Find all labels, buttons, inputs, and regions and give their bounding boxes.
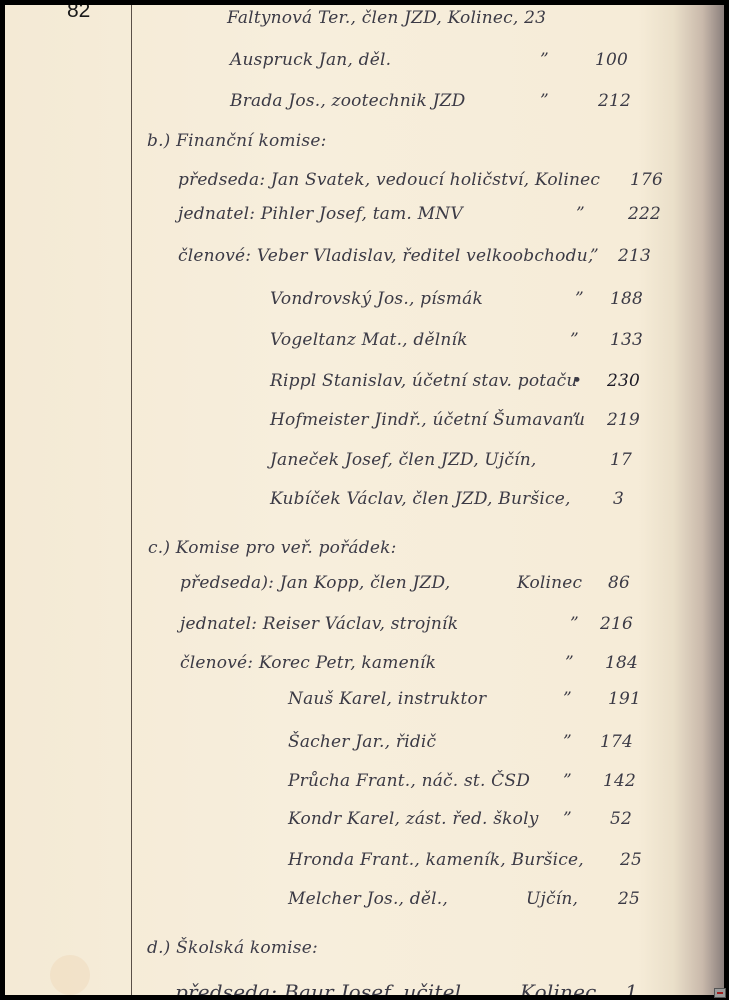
entry-role: předseda:: [175, 980, 277, 995]
entry-ditto: •: [572, 371, 582, 391]
entry-row: jednatel: Reiser Václav, strojník ” 216: [180, 614, 670, 634]
entry-ditto: ”: [576, 204, 585, 224]
entry-name: Rippl Stanislav, účetní stav. potaču: [270, 371, 578, 391]
entry-ditto: ”: [572, 410, 581, 430]
entry-number: 25: [620, 850, 642, 870]
entry-number: 100: [595, 50, 628, 70]
entry-name: Melcher Jos., děl.,: [288, 889, 448, 909]
entry-name: Faltynová Ter., člen JZD: [227, 8, 436, 28]
entry-ditto: ”: [563, 809, 572, 829]
entry-row: předseda: Jan Svatek, vedoucí holičství,…: [178, 170, 668, 190]
entry-name: Šacher Jar., řidič: [288, 732, 436, 752]
entry-number: 188: [610, 289, 643, 309]
entry-number: 86: [608, 573, 630, 593]
entry-name: Veber Vladislav, ředitel velkoobchodu,: [257, 246, 594, 266]
page-number: 82: [67, 5, 90, 23]
entry-name: Kondr Karel, zást. řed. školy: [288, 809, 539, 829]
entry-row: Průcha Frant., náč. st. ČSD ” 142: [288, 771, 668, 791]
entry-number: 184: [605, 653, 638, 673]
entry-name: Reiser Václav, strojník: [263, 614, 458, 634]
entry-row: Kondr Karel, zást. řed. školy ” 52: [288, 809, 668, 829]
entry-row: Šacher Jar., řidič ” 174: [288, 732, 668, 752]
entry-ditto: ”: [563, 689, 572, 709]
entry-name: Hofmeister Jindř., účetní Šumavanu: [270, 410, 585, 430]
entry-role: jednatel:: [178, 204, 255, 224]
entry-ditto: ”: [563, 732, 572, 752]
entry-role: předseda):: [180, 573, 274, 593]
entry-number: 219: [607, 410, 640, 430]
entry-number: , 23: [513, 8, 546, 28]
entry-number: 17: [610, 450, 632, 470]
entry-ditto: ”: [570, 330, 579, 350]
entry-row: Hronda Frant., kameník, Buršice, 25: [288, 850, 668, 870]
entry-ditto: ”: [540, 50, 549, 70]
entry-row: členové: Korec Petr, kameník ” 184: [180, 653, 670, 673]
entry-name: Pihler Josef, tam. MNV: [261, 204, 463, 224]
entry-row: Melcher Jos., děl., Ujčín, 25: [288, 889, 668, 909]
entry-number: 174: [600, 732, 633, 752]
entry-ditto: ”: [540, 91, 549, 111]
section-c-heading: c.) Komise pro veř. pořádek:: [148, 538, 397, 558]
entry-row: Vogeltanz Mat., dělník ” 133: [270, 330, 670, 350]
entry-row: Hofmeister Jindř., účetní Šumavanu ” 219: [270, 410, 670, 430]
viewer-corner-icon: [714, 988, 726, 998]
entry-ditto: ”: [575, 289, 584, 309]
entry-name: Vogeltanz Mat., dělník: [270, 330, 468, 350]
entry-role: jednatel:: [180, 614, 257, 634]
entry-ditto: ”: [565, 653, 574, 673]
entry-row: Janeček Josef, člen JZD, Ujčín, 17: [270, 450, 670, 470]
entry-place: Ujčín,: [526, 889, 578, 909]
entry-number: 3: [613, 489, 624, 509]
entry-number: 142: [603, 771, 636, 791]
entry-row: Brada Jos., zootechnik JZD ” 212: [230, 91, 650, 111]
entry-name: Kubíček Václav, člen JZD, Buršice,: [270, 489, 571, 509]
section-b-heading: b.) Finanční komise:: [147, 131, 327, 151]
entry-row: Faltynová Ter., člen JZD, Kolinec, 23: [227, 8, 546, 28]
entry-role: členové:: [178, 246, 251, 266]
entry-number: 191: [608, 689, 641, 709]
margin-rule: [131, 5, 132, 995]
entry-number: 176: [630, 170, 663, 190]
entry-name: Nauš Karel, instruktor: [288, 689, 486, 709]
entry-number: 230: [607, 371, 640, 391]
entry-ditto: ”: [590, 246, 599, 266]
entry-name: Jan Kopp, člen JZD,: [280, 573, 451, 593]
entry-place: Kolinec: [517, 573, 582, 593]
entry-row: Kubíček Václav, člen JZD, Buršice, 3: [270, 489, 670, 509]
entry-name: Vondrovský Jos., písmák: [270, 289, 483, 309]
entry-number: 222: [628, 204, 661, 224]
entry-role: předseda:: [178, 170, 265, 190]
entry-name: Janeček Josef, člen JZD, Ujčín,: [270, 450, 537, 470]
entry-number: 133: [610, 330, 643, 350]
entry-name: Korec Petr, kameník: [259, 653, 436, 673]
entry-name: Jan Svatek, vedoucí holičství, Kolinec: [271, 170, 600, 190]
entry-ditto: ”: [570, 614, 579, 634]
entry-number: 216: [600, 614, 633, 634]
entry-number: 25: [618, 889, 640, 909]
entry-place: , Kolinec: [436, 8, 513, 28]
section-d-heading: d.) Školská komise:: [147, 938, 318, 958]
paper-stain: [50, 955, 90, 995]
entry-row: předseda: Baur Josef, učitel, Kolinec 1: [175, 980, 665, 995]
entry-row: předseda): Jan Kopp, člen JZD, Kolinec 8…: [180, 573, 670, 593]
entry-name: Auspruck Jan, děl.: [230, 50, 391, 70]
entry-name: Hronda Frant., kameník, Buršice,: [288, 850, 584, 870]
entry-role: členové:: [180, 653, 253, 673]
entry-number: 213: [618, 246, 651, 266]
entry-number: 1: [625, 980, 638, 995]
entry-ditto: ”: [563, 771, 572, 791]
entry-place: Kolinec: [520, 980, 597, 995]
entry-name: Brada Jos., zootechnik JZD: [230, 91, 466, 111]
entry-row: Vondrovský Jos., písmák ” 188: [270, 289, 670, 309]
entry-name: Průcha Frant., náč. st. ČSD: [288, 771, 530, 791]
entry-row: Rippl Stanislav, účetní stav. potaču • 2…: [270, 371, 670, 391]
entry-number: 52: [610, 809, 632, 829]
entry-row: členové: Veber Vladislav, ředitel velkoo…: [178, 246, 668, 266]
entry-row: Auspruck Jan, děl. ” 100: [230, 50, 650, 70]
entry-number: 212: [598, 91, 631, 111]
ledger-page: 82 Faltynová Ter., člen JZD, Kolinec, 23…: [5, 5, 724, 995]
entry-row: Nauš Karel, instruktor ” 191: [288, 689, 668, 709]
entry-name: Baur Josef, učitel,: [284, 980, 468, 995]
entry-row: jednatel: Pihler Josef, tam. MNV ” 222: [178, 204, 668, 224]
